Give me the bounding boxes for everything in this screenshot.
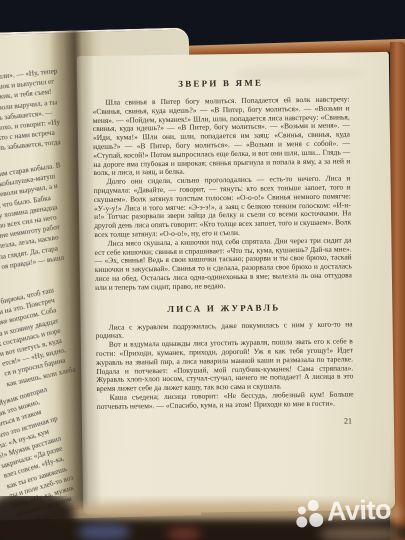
book-photo-scene: «Ушли». — «Ну, тепермешок и выпустил егм… [0,0,405,540]
story-paragraph: Лиса мясо скушала, а кишочки под себя сп… [94,236,352,292]
blurred-blue-object [78,524,130,540]
left-page-text-block: «Ушли». — «Ну, тепермешок и выпустил егм… [0,66,65,154]
story-paragraph: Вот и вздумала однажды лиса угостить жур… [96,337,354,393]
story-paragraph: Каша съедена; лисица говорит: «Не бессуд… [97,390,354,411]
left-page-text-block: ась им старая кобыла. Вть, кобылушка-мат… [0,160,75,272]
story-title-lisa-i-zhuravl: ЛИСА И ЖУРАВЛЬ [95,301,352,315]
right-page-text: ЗВЕРИ В ЯМЕ Шла свинья в Питер богу моли… [92,76,354,428]
page-number: 21 [97,416,354,429]
table-shadow-left [0,496,75,540]
left-page-text-block: ить бирюка, чтоб ташся и на это. Повстре… [0,284,77,389]
right-page: ЗВЕРИ В ЯМЕ Шла свинья в Питер богу моли… [77,52,395,514]
story-paragraph: Долго они сидели, сильно проголодались —… [94,175,352,240]
blurred-red-object [168,528,200,540]
avito-watermark-label: Avito [326,494,391,526]
story-paragraph: Шла свинья в Питер богу молиться. Попада… [92,95,350,178]
avito-watermark: Avito [295,494,391,530]
story-title-zveri-v-yame: ЗВЕРИ В ЯМЕ [92,76,349,90]
avito-logo-icon [296,500,324,531]
